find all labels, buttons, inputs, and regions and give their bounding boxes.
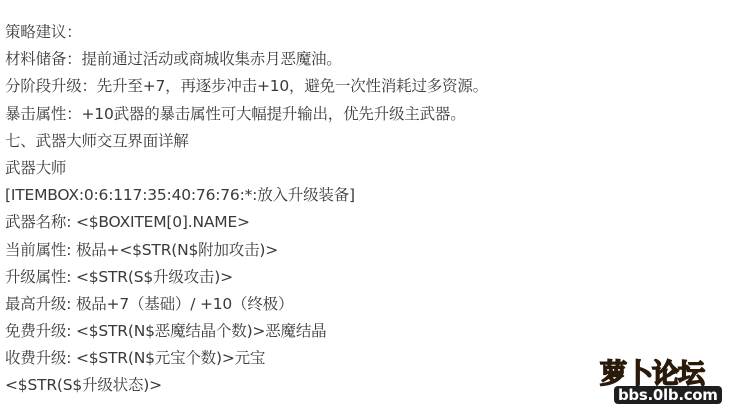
max-upgrade-line: 最高升级: 极品+7（基础）/ +10（终极） xyxy=(5,291,488,318)
npc-title: 武器大师 xyxy=(5,155,488,182)
itembox-script: [ITEMBOX:0:6:117:35:40:76:76:*:放入升级装备] xyxy=(5,182,488,209)
logo-url: bbs.0lb.com xyxy=(614,386,722,404)
free-upgrade-line: 免费升级: <$STR(N$恶魔结晶个数)>恶魔结晶 xyxy=(5,318,488,345)
strategy-heading: 策略建议： xyxy=(5,19,488,46)
crit-tip: 暴击属性：+10武器的暴击属性可大幅提升输出，优先升级主武器。 xyxy=(5,101,488,128)
weapon-name-line: 武器名称: <$BOXITEM[0].NAME> xyxy=(5,209,488,236)
section-heading: 七、武器大师交互界面详解 xyxy=(5,128,488,155)
upgrade-status-line: <$STR(S$升级状态)> xyxy=(5,372,488,399)
article-body: 策略建议： 材料储备：提前通过活动或商城收集赤月恶魔油。 分阶段升级：先升至+7… xyxy=(5,19,488,400)
material-tip: 材料储备：提前通过活动或商城收集赤月恶魔油。 xyxy=(5,46,488,73)
paid-upgrade-line: 收费升级: <$STR(N$元宝个数)>元宝 xyxy=(5,345,488,372)
current-attr-line: 当前属性: 极品+<$STR(N$附加攻击)> xyxy=(5,237,488,264)
watermark-logo: 萝卜论坛 bbs.0lb.com xyxy=(592,352,732,410)
upgrade-attr-line: 升级属性: <$STR(S$升级攻击)> xyxy=(5,264,488,291)
stage-upgrade-tip: 分阶段升级：先升至+7，再逐步冲击+10，避免一次性消耗过多资源。 xyxy=(5,73,488,100)
